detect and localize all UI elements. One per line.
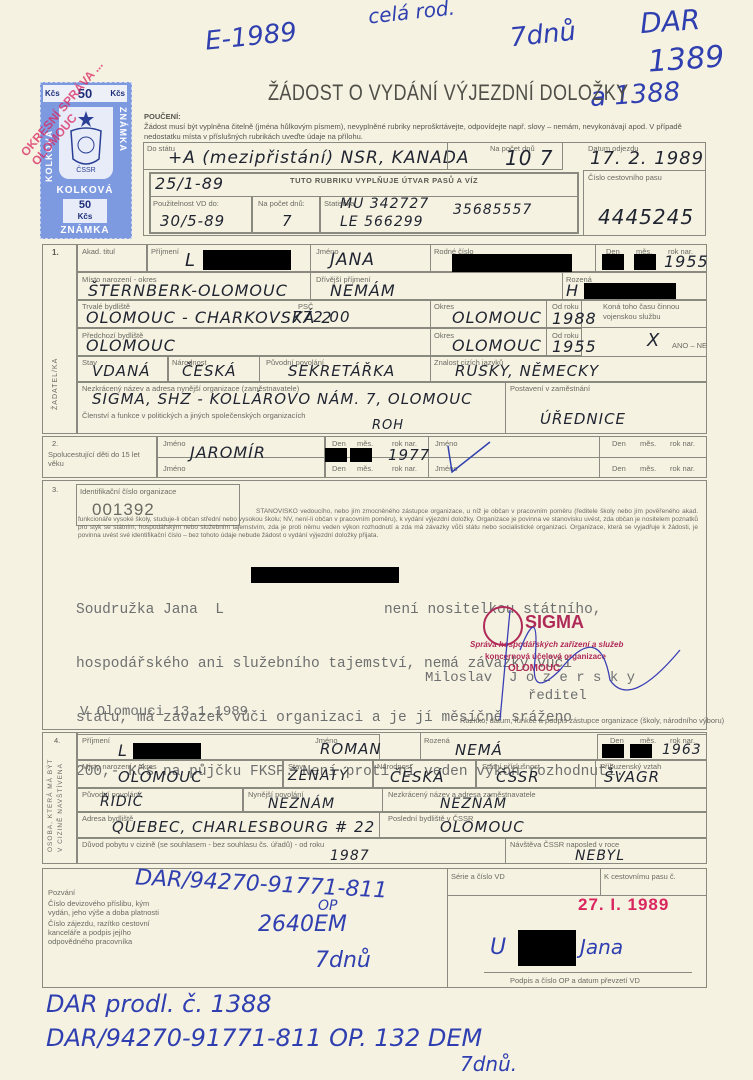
checkmark-icon xyxy=(440,440,500,480)
footer-note-2: DAR/94270-91771-811 OP. 132 DEM xyxy=(46,1024,482,1052)
redaction xyxy=(203,250,291,270)
invitation-amount: 2640EM xyxy=(258,912,347,937)
child-name-field[interactable]: JAROMÍR xyxy=(190,443,266,462)
note-1389: 1389 xyxy=(647,39,726,79)
instructions: POUČENÍ: Žádost musí být vyplněna čiteln… xyxy=(144,112,704,142)
passport-number-field[interactable]: 4445245 xyxy=(598,205,694,229)
note-dar: DAR xyxy=(639,3,701,40)
redaction xyxy=(452,254,572,272)
visited-side-label: OSOBA, KTERÁ MÁ BÝT V CIZINĚ NAVŠTÍVENA xyxy=(46,752,74,852)
departure-date-field[interactable]: 17. 2. 1989 xyxy=(590,148,704,169)
destination-field[interactable]: +A (mezipřistání) NSR, KANADA xyxy=(168,148,470,168)
footer-note-1: DAR prodl. č. 1388 xyxy=(46,990,272,1018)
note-cela-rod: celá rod. xyxy=(367,0,456,28)
place-date: V Olomouci 13.1.1989 xyxy=(80,704,248,720)
birth-year-field[interactable]: 1955 xyxy=(664,252,709,271)
first-name-field[interactable]: JANA xyxy=(330,250,375,270)
signature-icon xyxy=(480,590,700,730)
note-e1989: E-1989 xyxy=(204,17,299,56)
date-stamp: 27. I. 1989 xyxy=(578,895,669,915)
applicant-side-label: ŽADATEL/KA xyxy=(52,330,59,410)
validity-field[interactable]: 30/5-89 xyxy=(160,212,225,230)
page-title: ŽÁDOST O VYDÁNÍ VÝJEZDNÍ DOLOŽKY xyxy=(268,80,629,106)
stamp-currency: Kčs xyxy=(45,85,60,102)
footer-note-3: 7dnů. xyxy=(460,1052,517,1076)
instructions-heading: POUČENÍ: xyxy=(144,112,704,122)
days-field[interactable]: 10 7 xyxy=(505,146,554,170)
military-service-x[interactable]: X xyxy=(647,330,660,351)
instructions-text: Žádost musí být vyplněna čitelně (jména … xyxy=(144,122,704,142)
stamp-side-right: ZNÁMKA xyxy=(116,107,128,182)
surname-field[interactable]: L xyxy=(185,250,196,271)
note-7dnu: 7dnů xyxy=(509,17,578,54)
